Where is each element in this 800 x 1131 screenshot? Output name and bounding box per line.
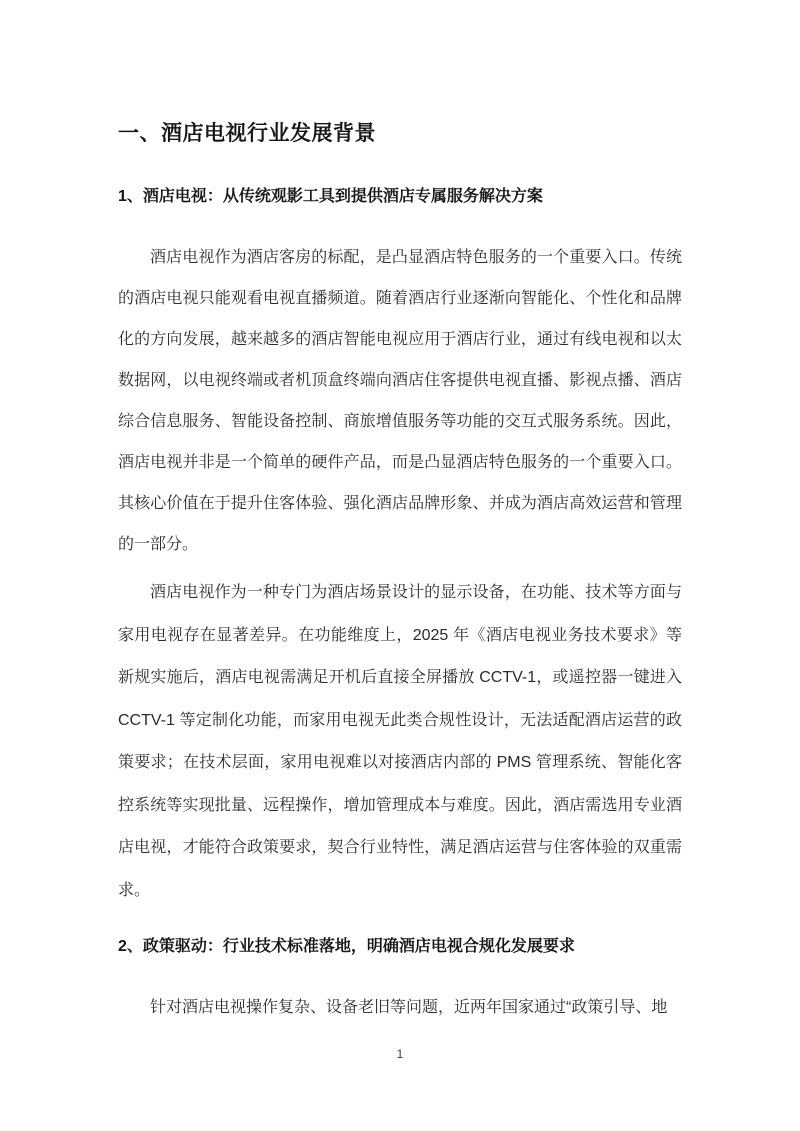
paragraph-line: 酒店电视并非是一个简单的硬件产品，而是凸显酒店特色服务的一个重要入口。	[118, 442, 682, 483]
paragraph-line: 家用电视存在显著差异。在功能维度上，2025 年《酒店电视业务技术要求》等	[118, 615, 682, 658]
page-number: 1	[118, 1046, 682, 1062]
paragraph-line: 酒店电视作为酒店客房的标配，是凸显酒店特色服务的一个重要入口。传统	[118, 237, 682, 278]
paragraph-line: 化的方向发展，越来越多的酒店智能电视应用于酒店行业，通过有线电视和以太	[118, 319, 682, 360]
paragraph: 针对酒店电视操作复杂、设备老旧等问题，近两年国家通过“政策引导、地	[118, 987, 682, 1028]
document-title: 一、酒店电视行业发展背景	[118, 119, 682, 149]
paragraph-line: 酒店电视作为一种专门为酒店场景设计的显示设备，在功能、技术等方面与	[118, 572, 682, 615]
paragraph-line: 其核心价值在于提升住客体验、强化酒店品牌形象、并成为酒店高效运营和管理	[118, 483, 682, 524]
document-content: 一、酒店电视行业发展背景 1、酒店电视：从传统观影工具到提供酒店专属服务解决方案…	[0, 0, 800, 1062]
section-heading-1: 1、酒店电视：从传统观影工具到提供酒店专属服务解决方案	[118, 185, 682, 209]
paragraph-line: 综合信息服务、智能设备控制、商旅增值服务等功能的交互式服务系统。因此，	[118, 401, 682, 442]
paragraph-line: 针对酒店电视操作复杂、设备老旧等问题，近两年国家通过“政策引导、地	[118, 987, 682, 1028]
paragraph-line: 控系统等实现批量、远程操作，增加管理成本与难度。因此，酒店需选用专业酒	[118, 785, 682, 828]
paragraph: 酒店电视作为一种专门为酒店场景设计的显示设备，在功能、技术等方面与 家用电视存在…	[118, 572, 682, 912]
paragraph-line: 的一部分。	[118, 524, 682, 565]
paragraph-line: 求。	[118, 870, 682, 913]
paragraph: 酒店电视作为酒店客房的标配，是凸显酒店特色服务的一个重要入口。传统 的酒店电视只…	[118, 237, 682, 565]
paragraph-line: 店电视，才能符合政策要求，契合行业特性，满足酒店运营与住客体验的双重需	[118, 827, 682, 870]
paragraph-line: CCTV-1 等定制化功能，而家用电视无此类合规性设计，无法适配酒店运营的政	[118, 700, 682, 743]
document-page: 一、酒店电视行业发展背景 1、酒店电视：从传统观影工具到提供酒店专属服务解决方案…	[0, 0, 800, 1131]
paragraph-line: 数据网，以电视终端或者机顶盒终端向酒店住客提供电视直播、影视点播、酒店	[118, 360, 682, 401]
paragraph-line: 的酒店电视只能观看电视直播频道。随着酒店行业逐渐向智能化、个性化和品牌	[118, 278, 682, 319]
paragraph-line: 新规实施后，酒店电视需满足开机后直接全屏播放 CCTV-1，或遥控器一键进入	[118, 657, 682, 700]
section-heading-2: 2、政策驱动：行业技术标准落地，明确酒店电视合规化发展要求	[118, 935, 682, 959]
paragraph-line: 策要求；在技术层面，家用电视难以对接酒店内部的 PMS 管理系统、智能化客	[118, 742, 682, 785]
